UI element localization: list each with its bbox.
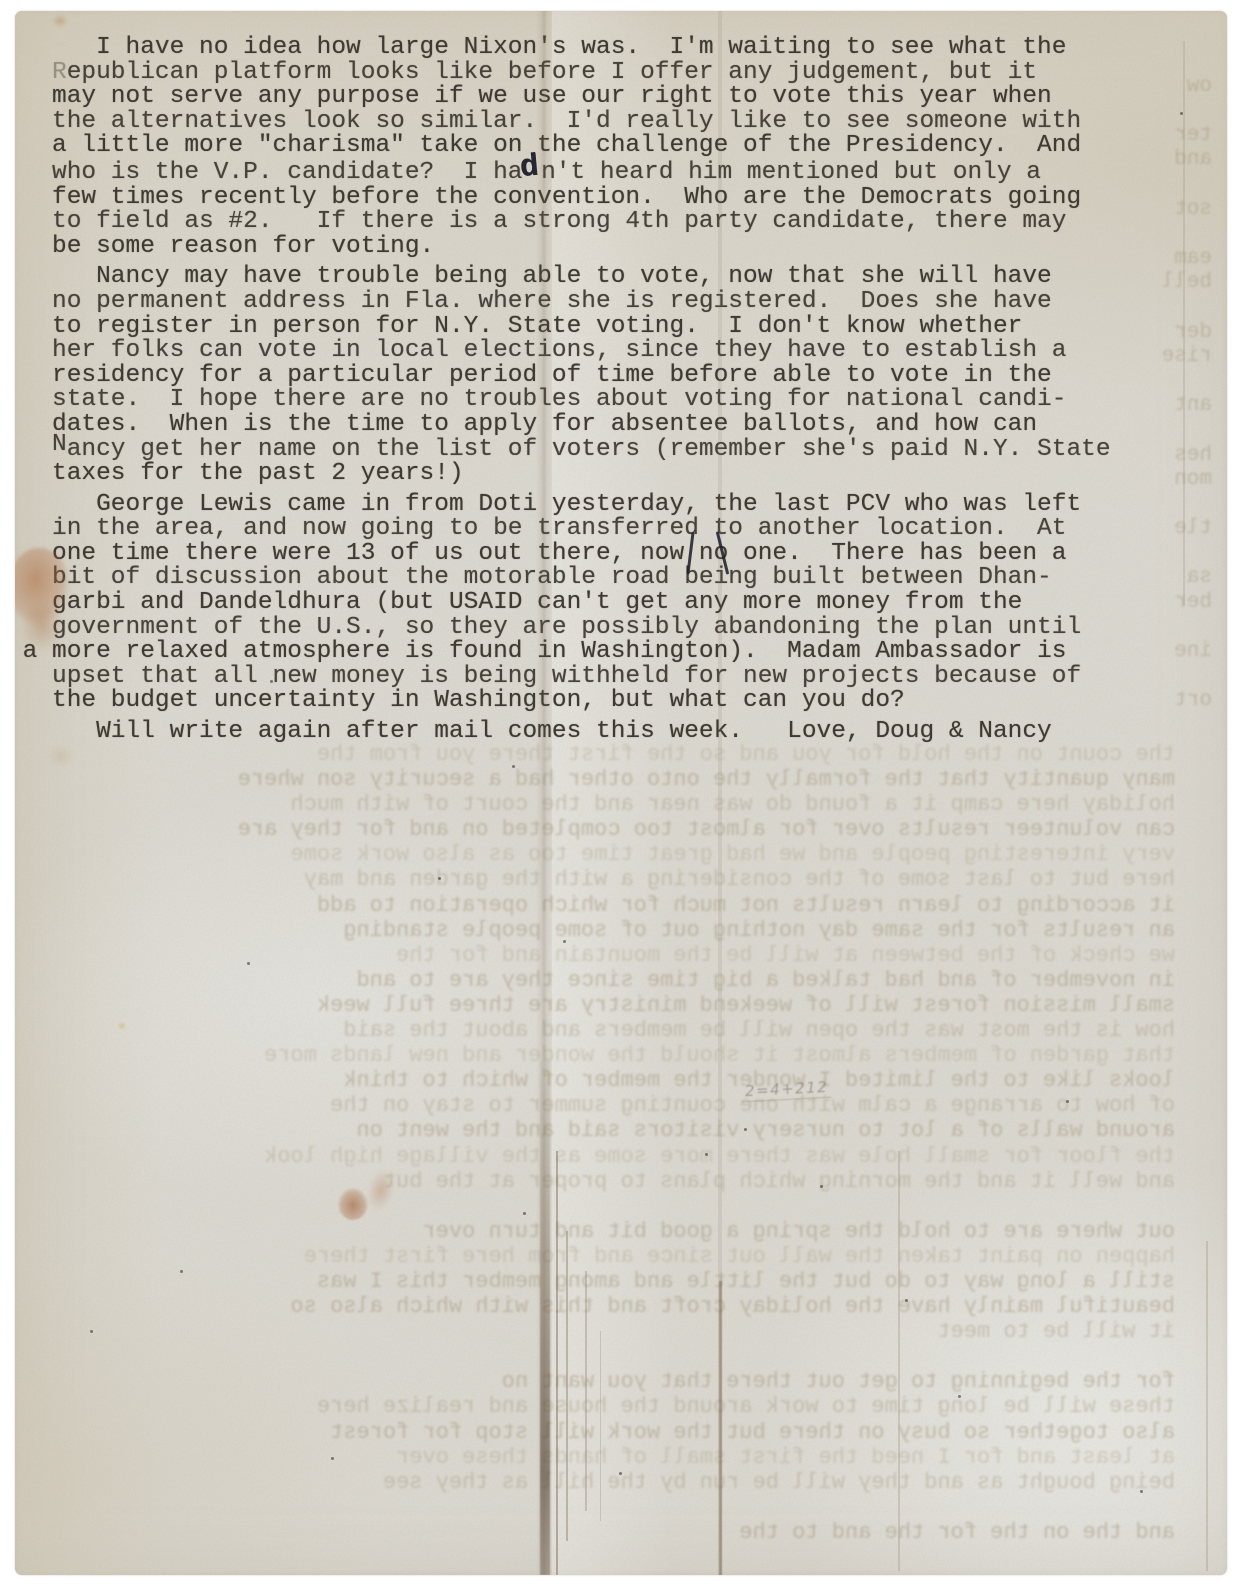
typed-line: no permanent address in Fla. where she i…	[52, 290, 1192, 315]
ink-speck	[90, 1330, 93, 1333]
ink-speck	[905, 1299, 908, 1302]
rust-stain-midleft	[48, 745, 74, 767]
scanned-letter-page: the count on the hold for you and so the…	[0, 0, 1241, 1587]
typed-line: dates. When is the time to apply for abs…	[52, 413, 1192, 438]
ink-speck	[523, 1212, 526, 1215]
typed-line: to field as #2. If there is a strong 4th…	[52, 210, 1192, 235]
typed-line: who is the V.P. candidate? I hadn't hear…	[52, 159, 1192, 186]
typed-line: I have no idea how large Nixon's was. I'…	[52, 36, 1192, 61]
ink-speck	[512, 765, 515, 768]
faint-line-right-bottom	[1206, 1241, 1208, 1571]
typed-line: garbi and Dandeldhura (but USAID can't g…	[52, 591, 1192, 616]
rust-stain-center1	[338, 1188, 368, 1220]
typed-line: few times recently before the convention…	[52, 186, 1192, 211]
ink-speck	[820, 1185, 823, 1188]
ink-speck	[958, 1395, 961, 1398]
typed-line: one time there were 13 of us out there, …	[52, 542, 1192, 567]
ink-speck	[331, 1457, 334, 1460]
typed-line: to register in person for N.Y. State vot…	[52, 315, 1192, 340]
ink-speck	[619, 1472, 622, 1475]
typed-line: state. I hope there are no troubles abou…	[52, 388, 1192, 413]
typed-line: George Lewis came in from Doti yesterday…	[52, 493, 1192, 518]
rust-stain-center2	[363, 1165, 400, 1214]
pencil-scribble: 2=4+212	[742, 1078, 832, 1103]
raised-capital: N	[52, 433, 67, 458]
typed-line: residency for a particular period of tim…	[52, 364, 1192, 389]
ink-speck	[247, 962, 250, 965]
ink-speck	[744, 1128, 747, 1131]
letter-paper: the count on the hold for you and so the…	[15, 11, 1227, 1575]
ink-speck	[1140, 1490, 1143, 1493]
typed-line: the budget uncertainty in Washington, bu…	[52, 689, 1192, 714]
typed-line: may not serve any purpose if we use our …	[52, 85, 1192, 110]
paragraph: Nancy may have trouble being able to vot…	[52, 265, 1192, 486]
ink-speck	[270, 680, 273, 683]
paragraph: I have no idea how large Nixon's was. I'…	[52, 36, 1192, 259]
letter-text: I have no idea how large Nixon's was. I'…	[52, 36, 1192, 745]
fold-crease-secondary-dark	[719, 1281, 722, 1575]
fold-crease-main-dark	[540, 1061, 550, 1575]
typed-line: Nancy get her name on the list of voters…	[52, 438, 1192, 463]
paragraph: Will write again after mail comes this w…	[52, 720, 1192, 745]
crease-streak-right	[898, 1151, 900, 1571]
typed-line: her folks can vote in local elections, s…	[52, 339, 1192, 364]
typed-line: Will write again after mail comes this w…	[52, 720, 1192, 745]
faded-char: R	[52, 59, 67, 86]
typed-line: government of the U.S., so they are poss…	[52, 616, 1192, 641]
typed-line: upset that all new money is being withhe…	[52, 665, 1192, 690]
ink-speck	[705, 1153, 708, 1156]
typed-line: Republican platform looks like before I …	[52, 61, 1192, 86]
typed-line: a little more "charisma" take on the cha…	[52, 134, 1192, 159]
ink-speck	[180, 1270, 183, 1273]
ink-speck	[1180, 112, 1183, 115]
ink-speck	[563, 940, 566, 943]
yellow-fleck	[118, 1022, 126, 1030]
handwritten-d-correction: d	[519, 155, 540, 181]
ink-speck	[1066, 1100, 1069, 1103]
typed-line: be some reason for voting.	[52, 235, 1192, 260]
typed-line: in the area, and now going to be transfe…	[52, 517, 1192, 542]
typed-line: bit of discussion about the motorable ro…	[52, 566, 1192, 591]
typed-line: the alternatives look so similar. I'd re…	[52, 110, 1192, 135]
rust-stain-topleft	[52, 14, 68, 28]
typed-line: taxes for the past 2 years!)	[52, 462, 1192, 487]
typed-line: a more relaxed atmosphere is found in Wa…	[52, 640, 1192, 665]
paragraph: George Lewis came in from Doti yesterday…	[52, 493, 1192, 714]
typed-line: Nancy may have trouble being able to vot…	[52, 265, 1192, 290]
ink-speck	[438, 877, 441, 880]
